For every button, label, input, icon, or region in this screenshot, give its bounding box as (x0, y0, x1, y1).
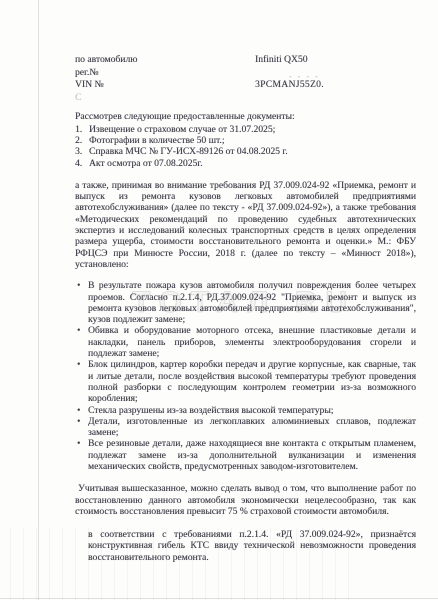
bullet-marker: • (77, 280, 80, 291)
finding-item: • Блок цилиндров, картер коробки передач… (75, 359, 416, 404)
ghost-dashes-artifact: - - - - (289, 71, 438, 84)
list-item-number: 2. (75, 135, 89, 146)
vehicle-label: по автомобилю (75, 54, 255, 67)
conclusion-paragraph: Учитывая вышесказанное, можно сделать вы… (75, 483, 416, 517)
bullet-marker: • (77, 359, 80, 370)
document-content: по автомобилю Infiniti QX50 рег.№ - - - … (75, 54, 416, 563)
document-list-item: 2. Фотографии в количестве 50 шт.; (75, 135, 416, 146)
bullet-marker: • (77, 438, 80, 449)
vehicle-value: Infiniti QX50 (255, 54, 416, 67)
finding-text: Обивка и оборудование моторного отсека, … (88, 325, 416, 359)
finding-text: Все резиновые детали, даже находящиеся в… (88, 438, 416, 472)
scan-artifact-left-line (38, 0, 39, 600)
document-list-item: 1. Извещение о страховом случае от 31.07… (75, 124, 416, 135)
list-item-number: 4. (75, 158, 89, 169)
finding-item: • В результате пожара кузов автомобиля п… (75, 280, 416, 325)
finding-item: • Стекла разрушены из-за воздействия выс… (75, 405, 416, 416)
list-item-text: Извещение о страховом случае от 31.07.20… (89, 124, 275, 135)
final-statement-paragraph: в соответствии с требованиями п.2.1.4. «… (88, 529, 416, 563)
list-item-text: Фотографии в количестве 50 шт.; (89, 135, 225, 146)
finding-item: • Все резиновые детали, даже находящиеся… (75, 438, 416, 472)
list-item-number: 3. (75, 146, 89, 157)
document-list-item: 3. Справка МЧС № ГУ-ИСХ-89126 от 04.08.2… (75, 146, 416, 157)
vehicle-header: по автомобилю Infiniti QX50 рег.№ - - - … (75, 54, 416, 104)
basis-paragraph: а также, принимая во внимание требования… (75, 180, 416, 270)
scan-artifact-bottom-edge (0, 598, 438, 599)
finding-item: • Обивка и оборудование моторного отсека… (75, 325, 416, 359)
documents-intro: Рассмотрев следующие предоставленные док… (75, 111, 416, 122)
list-item-text: Справка МЧС № ГУ-ИСХ-89126 от 04.08.2025… (89, 146, 288, 157)
ghost-char-artifact: С (75, 92, 255, 105)
list-item-text: Акт осмотра от 07.08.2025г. (89, 158, 203, 169)
bullet-marker: • (77, 405, 80, 416)
finding-text: Стекла разрушены из-за воздействия высок… (88, 405, 333, 416)
bullet-marker: • (77, 416, 80, 427)
list-item-number: 1. (75, 124, 89, 135)
findings-list: • В результате пожара кузов автомобиля п… (75, 280, 416, 472)
reg-number-label: рег.№ (75, 67, 255, 80)
finding-item: • Детали, изготовленные из легкоплавких … (75, 416, 416, 439)
finding-text: Блок цилиндров, картер коробки передач и… (88, 359, 416, 404)
scanned-document-page: ТОТАЛ.RU по автомобилю Infiniti QX50 рег… (0, 0, 438, 600)
document-list-item: 4. Акт осмотра от 07.08.2025г. (75, 158, 416, 169)
bullet-marker: • (77, 325, 80, 336)
finding-text: Детали, изготовленные из легкоплавких ал… (88, 416, 416, 438)
finding-text: В результате пожара кузов автомобиля пол… (88, 280, 416, 325)
vin-label: VIN № (75, 79, 255, 92)
documents-list: 1. Извещение о страховом случае от 31.07… (75, 124, 416, 169)
